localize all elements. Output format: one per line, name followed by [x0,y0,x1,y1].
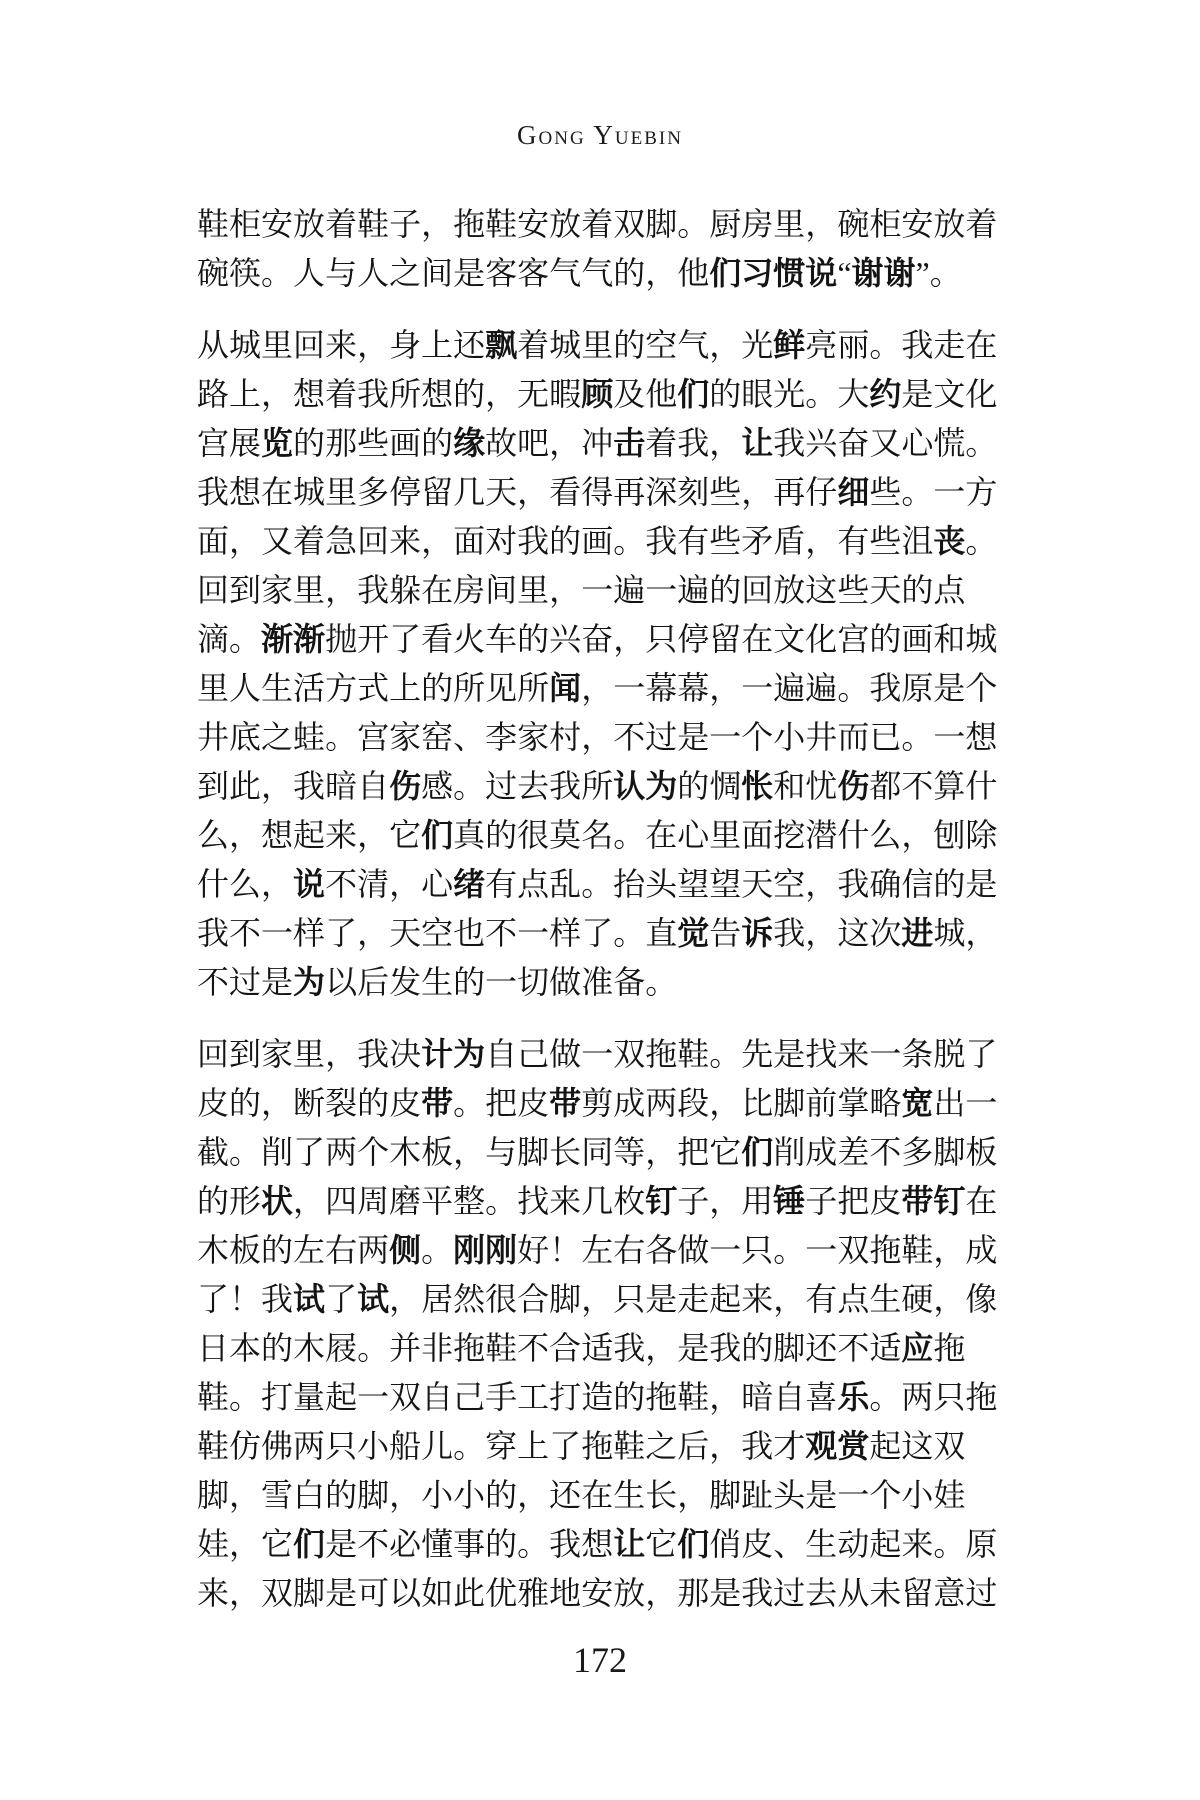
gothic-glyph: 鲜 [773,326,805,364]
text-line: 我不一样了，天空也不一样了。直觉告诉我，这次进城， [197,909,1007,958]
gothic-glyph: 让 [741,424,773,462]
gothic-glyph: 刚 [485,1231,517,1269]
paragraph: 从城里回来，身上还飘着城里的空气，光鲜亮丽。我走在路上，想着我所想的，无暇顾及他… [197,321,1007,1007]
text-line: 日本的木屐。并非拖鞋不合适我，是我的脚还不适应拖 [197,1324,1007,1373]
paragraph: 回到家里，我决计为自己做一双拖鞋。先是找来一条脱了皮的，断裂的皮带。把皮带剪成两… [197,1030,1007,1618]
running-header-author: Gong Yuebin [0,120,1200,150]
gothic-glyph: 习 [741,254,773,292]
gothic-glyph: 约 [869,375,901,413]
text-line: 从城里回来，身上还飘着城里的空气，光鲜亮丽。我走在 [197,321,1007,370]
text-line: 路上，想着我所想的，无暇顾及他们的眼光。大约是文化 [197,370,1007,419]
gothic-glyph: 击 [613,424,645,462]
gothic-glyph: 谢 [852,254,884,292]
gothic-glyph: 让 [613,1525,645,1563]
gothic-glyph: 闻 [549,669,581,707]
text-line: 木板的左右两侧。刚刚好！左右各做一只。一双拖鞋，成 [197,1226,1007,1275]
text-line: 碗筷。人与人之间是客客气气的，他们习惯说“谢谢”。 [197,249,1007,298]
paragraph: 鞋柜安放着鞋子，拖鞋安放着双脚。厨房里，碗柜安放着碗筷。人与人之间是客客气气的，… [197,200,1007,298]
gothic-glyph: 伤 [389,767,421,805]
text-line: 截。削了两个木板，与脚长同等，把它们削成差不多脚板 [197,1128,1007,1177]
gothic-glyph: 钉 [645,1182,677,1220]
gothic-glyph: 细 [837,473,869,511]
gothic-glyph: 带 [549,1084,581,1122]
gothic-glyph: 赏 [837,1427,869,1465]
gothic-glyph: 为 [645,767,677,805]
gothic-glyph: 带 [421,1084,453,1122]
text-line: 回到家里，我躲在房间里，一遍一遍的回放这些天的点 [197,566,1007,615]
gothic-glyph: 们 [293,1525,325,1563]
gothic-glyph: 试 [293,1280,325,1318]
text-line: 鞋。打量起一双自己手工打造的拖鞋，暗自喜乐。两只拖 [197,1373,1007,1422]
gothic-glyph: 谢 [884,254,916,292]
text-body: 鞋柜安放着鞋子，拖鞋安放着双脚。厨房里，碗柜安放着碗筷。人与人之间是客客气气的，… [197,200,1007,1618]
text-line: 皮的，断裂的皮带。把皮带剪成两段，比脚前掌略宽出一 [197,1079,1007,1128]
gothic-glyph: 说 [805,254,837,292]
gothic-glyph: 进 [901,914,933,952]
gothic-glyph: 刚 [453,1231,485,1269]
gothic-glyph: 渐 [293,620,325,658]
text-line: 的形状，四周磨平整。找来几枚钉子，用锤子把皮带钉在 [197,1177,1007,1226]
text-line: 回到家里，我决计为自己做一双拖鞋。先是找来一条脱了 [197,1030,1007,1079]
text-line: 不过是为以后发生的一切做准备。 [197,958,1007,1007]
gothic-glyph: 顾 [581,375,613,413]
gothic-glyph: 伤 [837,767,869,805]
book-page: Gong Yuebin 鞋柜安放着鞋子，拖鞋安放着双脚。厨房里，碗柜安放着碗筷。… [0,0,1200,1800]
gothic-glyph: 飘 [485,326,517,364]
gothic-glyph: 们 [421,816,453,854]
text-line: 到此，我暗自伤感。过去我所认为的惆怅和忧伤都不算什 [197,762,1007,811]
gothic-glyph: 乐 [837,1378,869,1416]
gothic-glyph: 钉 [933,1182,965,1220]
gothic-glyph: 说 [293,865,325,903]
text-line: 么，想起来，它们真的很莫名。在心里面挖潜什么，刨除 [197,811,1007,860]
gothic-glyph: 缘 [453,424,485,462]
gothic-glyph: 应 [901,1329,933,1367]
gothic-glyph: 为 [453,1035,485,1073]
page-number: 172 [0,1638,1200,1682]
gothic-glyph: 怅 [741,767,773,805]
gothic-glyph: 状 [261,1182,293,1220]
gothic-glyph: 诉 [741,914,773,952]
text-line: 面，又着急回来，面对我的画。我有些矛盾，有些沮丧。 [197,517,1007,566]
gothic-glyph: 觉 [677,914,709,952]
text-line: 里人生活方式上的所见所闻，一幕幕，一遍遍。我原是个 [197,664,1007,713]
text-line: 鞋柜安放着鞋子，拖鞋安放着双脚。厨房里，碗柜安放着 [197,200,1007,249]
gothic-glyph: 锤 [773,1182,805,1220]
gothic-glyph: 览 [261,424,293,462]
gothic-glyph: 渐 [261,620,293,658]
text-line: 我想在城里多停留几天，看得再深刻些，再仔细些。一方 [197,468,1007,517]
gothic-glyph: 带 [901,1182,933,1220]
gothic-glyph: 丧 [933,522,965,560]
gothic-glyph: 认 [613,767,645,805]
gothic-glyph: 试 [357,1280,389,1318]
gothic-glyph: 绪 [453,865,485,903]
gothic-glyph: 们 [677,1525,709,1563]
text-line: 鞋仿佛两只小船儿。穿上了拖鞋之后，我才观赏起这双 [197,1422,1007,1471]
gothic-glyph: 计 [421,1035,453,1073]
gothic-glyph: 为 [293,963,325,1001]
text-line: 宫展览的那些画的缘故吧，冲击着我，让我兴奋又心慌。 [197,419,1007,468]
gothic-glyph: 们 [709,254,741,292]
gothic-glyph: 们 [677,375,709,413]
text-line: 井底之蛙。宫家窑、李家村，不过是一个小井而已。一想 [197,713,1007,762]
text-line: 了！我试了试，居然很合脚，只是走起来，有点生硬，像 [197,1275,1007,1324]
text-line: 脚，雪白的脚，小小的，还在生长，脚趾头是一个小娃 [197,1471,1007,1520]
text-line: 来，双脚是可以如此优雅地安放，那是我过去从未留意过 [197,1569,1007,1618]
text-line: 娃，它们是不必懂事的。我想让它们俏皮、生动起来。原 [197,1520,1007,1569]
gothic-glyph: 们 [741,1133,773,1171]
gothic-glyph: 宽 [901,1084,933,1122]
text-line: 滴。渐渐抛开了看火车的兴奋，只停留在文化宫的画和城 [197,615,1007,664]
text-line: 什么，说不清，心绪有点乱。抬头望望天空，我确信的是 [197,860,1007,909]
gothic-glyph: 惯 [773,254,805,292]
gothic-glyph: 观 [805,1427,837,1465]
gothic-glyph: 侧 [389,1231,421,1269]
